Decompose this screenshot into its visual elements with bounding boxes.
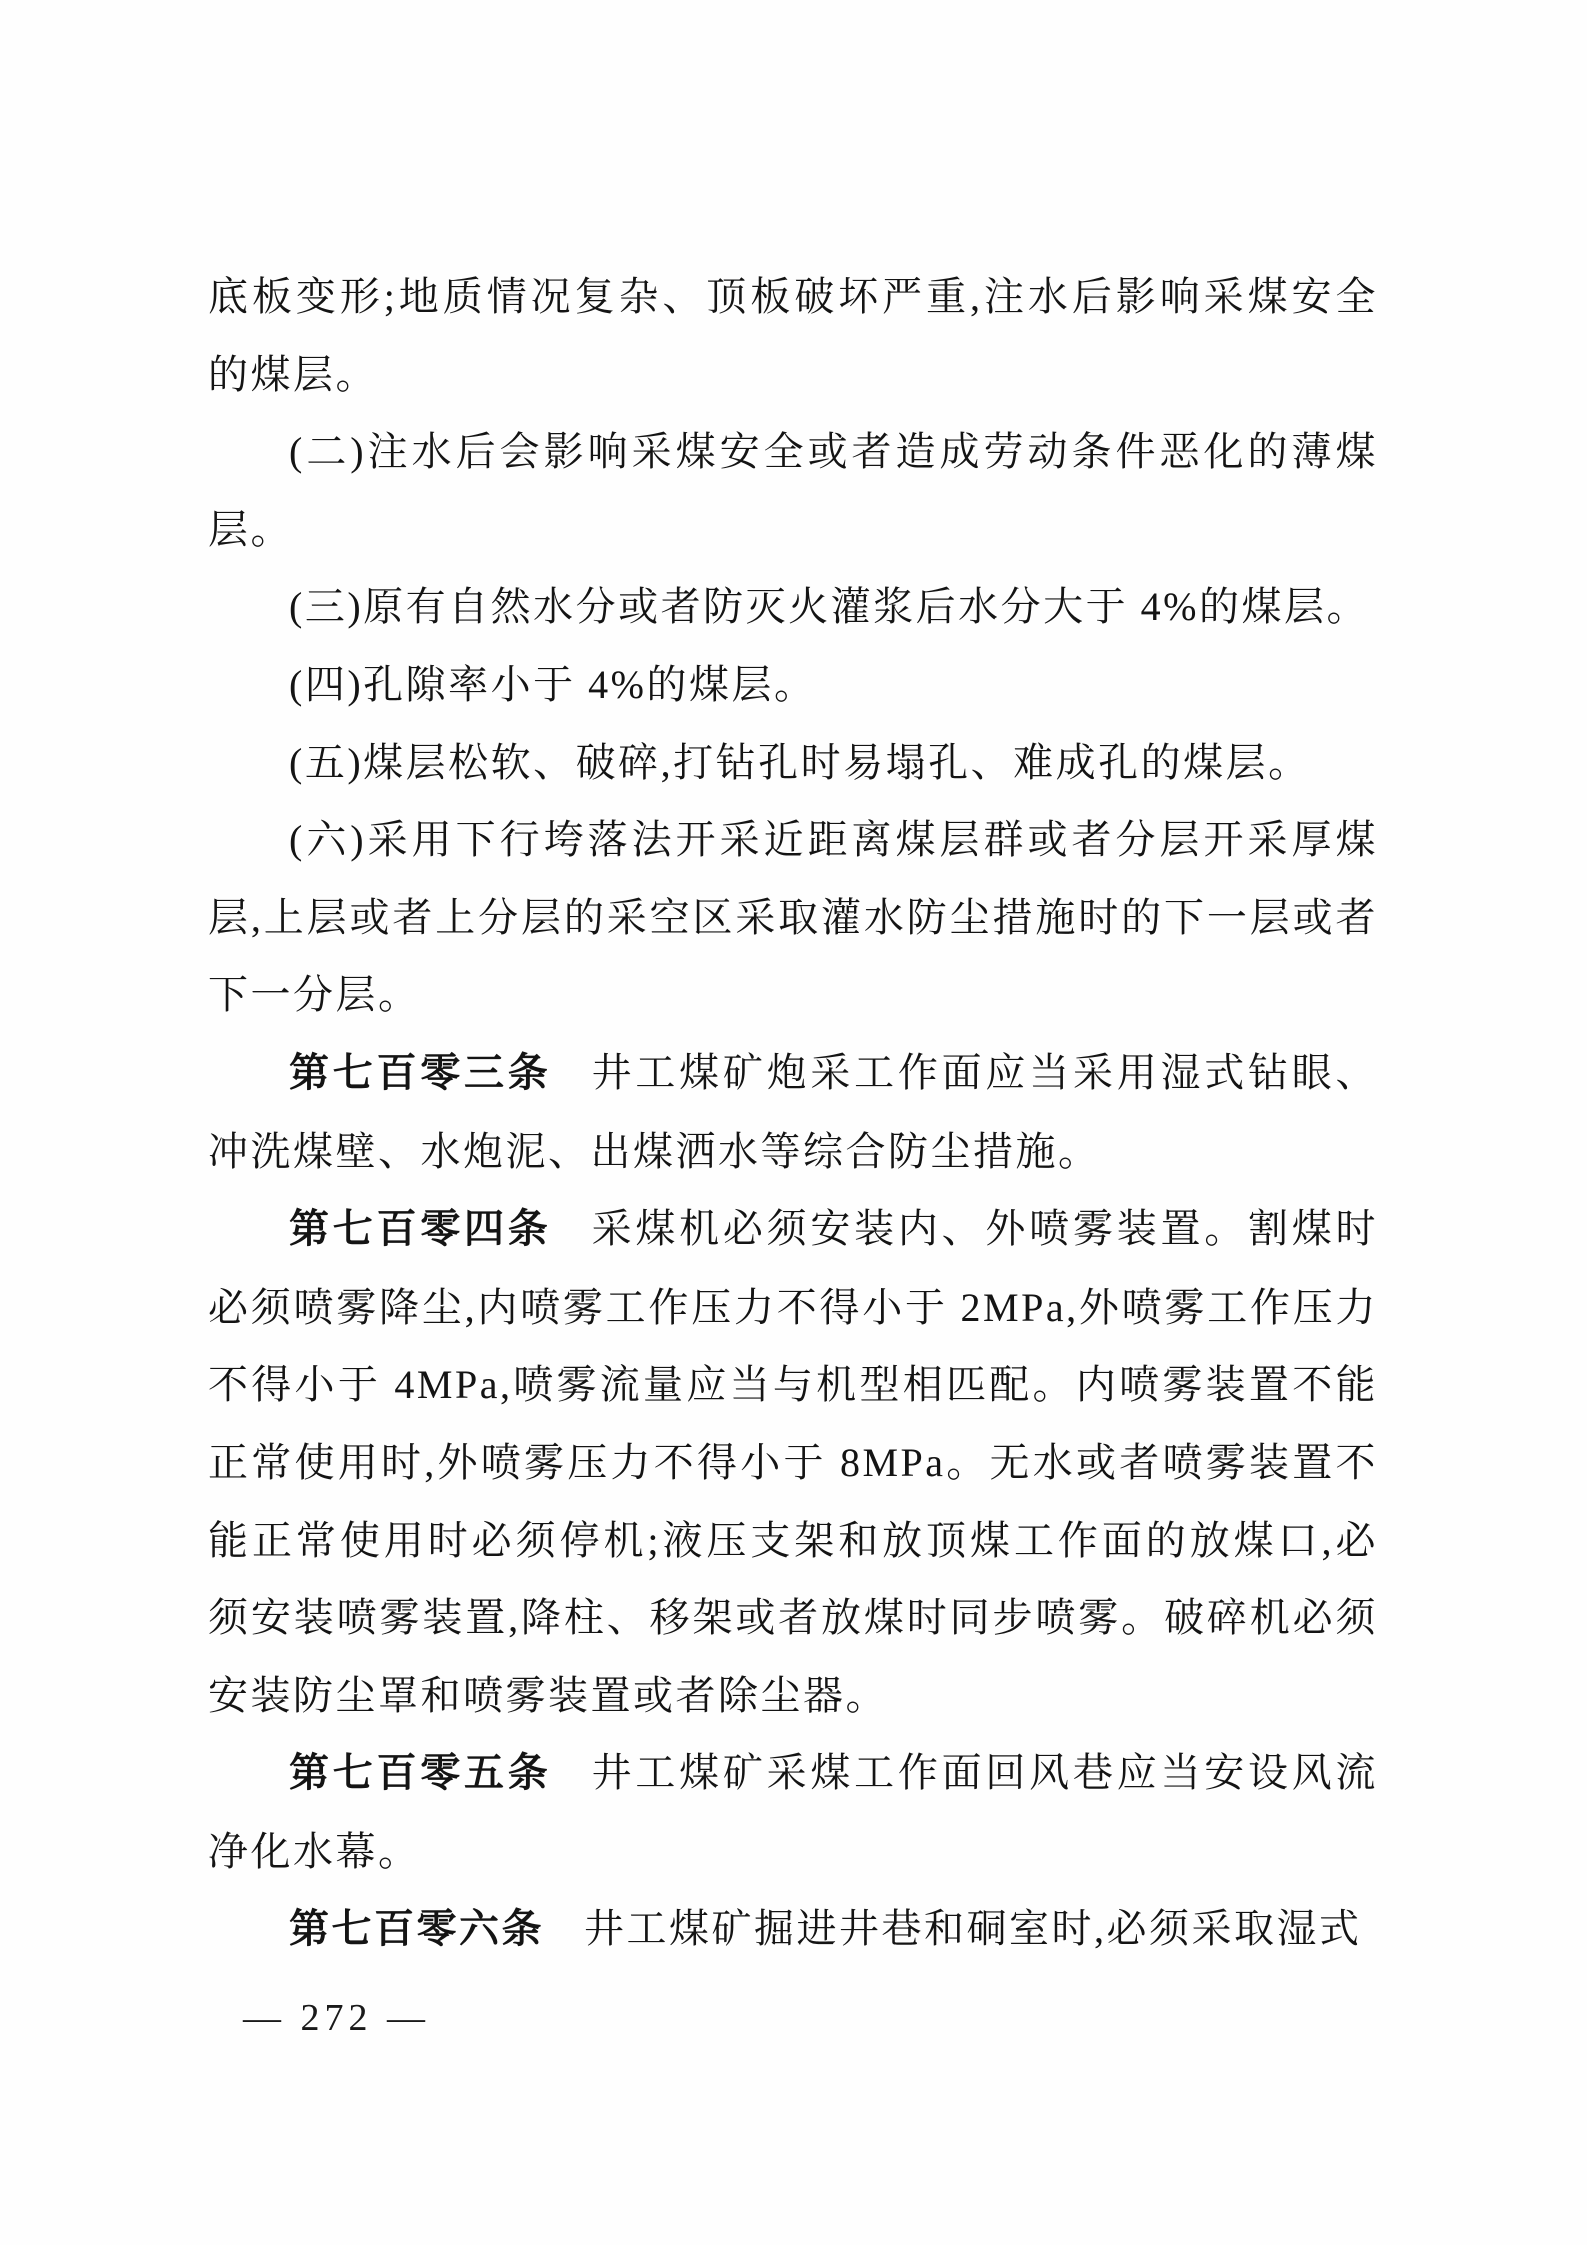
page-footer: — 272 — — [243, 1996, 430, 2040]
article-706-number: 第七百零六条 — [289, 1907, 544, 1951]
document-page: 底板变形;地质情况复杂、顶板破坏严重,注水后影响采煤安全的煤层。 (二)注水后会… — [0, 0, 1587, 2245]
article-703-paragraph: 第七百零三条井工煤矿炮采工作面应当采用湿式钻眼、冲洗煤壁、水炮泥、出煤洒水等综合… — [208, 1034, 1378, 1190]
list-item-4-paragraph: (四)孔隙率小于 4%的煤层。 — [208, 646, 1378, 724]
list-item-3-paragraph: (三)原有自然水分或者防灭火灌浆后水分大于 4%的煤层。 — [208, 568, 1378, 646]
list-item-2-paragraph: (二)注水后会影响采煤安全或者造成劳动条件恶化的薄煤层。 — [208, 413, 1378, 568]
article-706-paragraph: 第七百零六条井工煤矿掘进井巷和硐室时,必须采取湿式 — [208, 1890, 1378, 1969]
article-705-paragraph: 第七百零五条井工煤矿采煤工作面回风巷应当安设风流净化水幕。 — [208, 1734, 1378, 1890]
article-703-number: 第七百零三条 — [289, 1051, 552, 1095]
page-number: — 272 — — [243, 1997, 430, 2039]
continuation-paragraph: 底板变形;地质情况复杂、顶板破坏严重,注水后影响采煤安全的煤层。 — [208, 258, 1378, 413]
list-item-6-paragraph: (六)采用下行垮落法开采近距离煤层群或者分层开采厚煤层,上层或者上分层的采空区采… — [208, 801, 1378, 1034]
list-item-5-paragraph: (五)煤层松软、破碎,打钻孔时易塌孔、难成孔的煤层。 — [208, 724, 1378, 802]
article-704-number: 第七百零四条 — [289, 1207, 552, 1251]
article-704-paragraph: 第七百零四条采煤机必须安装内、外喷雾装置。割煤时必须喷雾降尘,内喷雾工作压力不得… — [208, 1190, 1378, 1734]
article-705-number: 第七百零五条 — [289, 1751, 552, 1795]
article-704-text: 采煤机必须安装内、外喷雾装置。割煤时必须喷雾降尘,内喷雾工作压力不得小于 2MP… — [208, 1206, 1378, 1718]
article-706-text: 井工煤矿掘进井巷和硐室时,必须采取湿式 — [584, 1906, 1362, 1951]
document-body: 底板变形;地质情况复杂、顶板破坏严重,注水后影响采煤安全的煤层。 (二)注水后会… — [208, 258, 1378, 1969]
